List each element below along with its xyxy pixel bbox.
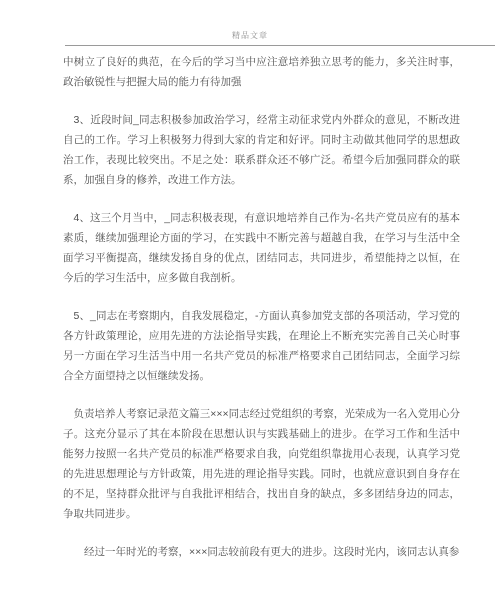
page-header: 精品文章: [0, 25, 500, 43]
header-divider: [65, 45, 495, 46]
paragraph-1: 中树立了良好的典范，在今后的学习当中应注意培养独立思考的能力，多关注时事，政治敏…: [63, 52, 460, 92]
paragraph-6: 经过一年时光的考察，×××同志较前段有更大的进步。这段时光内，该同志认真参: [63, 542, 460, 562]
paragraph-2: 3、近段时间_同志积极参加政治学习，经常主动征求党内外群众的意见，不断改进自己的…: [63, 110, 460, 190]
header-brand-label: 精品文章: [232, 31, 268, 40]
paragraph-5: 负责培养人考察记录范文篇三×××同志经过党组织的考察，光荣成为一名入党用心分子。…: [63, 404, 460, 524]
document-page: 精品文章 中树立了良好的典范，在今后的学习当中应注意培养独立思考的能力，多关注时…: [0, 0, 500, 594]
paragraph-4: 5、_同志在考察期内，自我发展稳定，-方面认真参加党支部的各项活动，学习党的各方…: [63, 306, 460, 386]
document-body: 中树立了良好的典范，在今后的学习当中应注意培养独立思考的能力，多关注时事，政治敏…: [63, 52, 460, 580]
paragraph-3: 4、这三个月当中，_同志积极表现，有意识地培养自己作为-名共产党员应有的基本素质…: [63, 208, 460, 288]
